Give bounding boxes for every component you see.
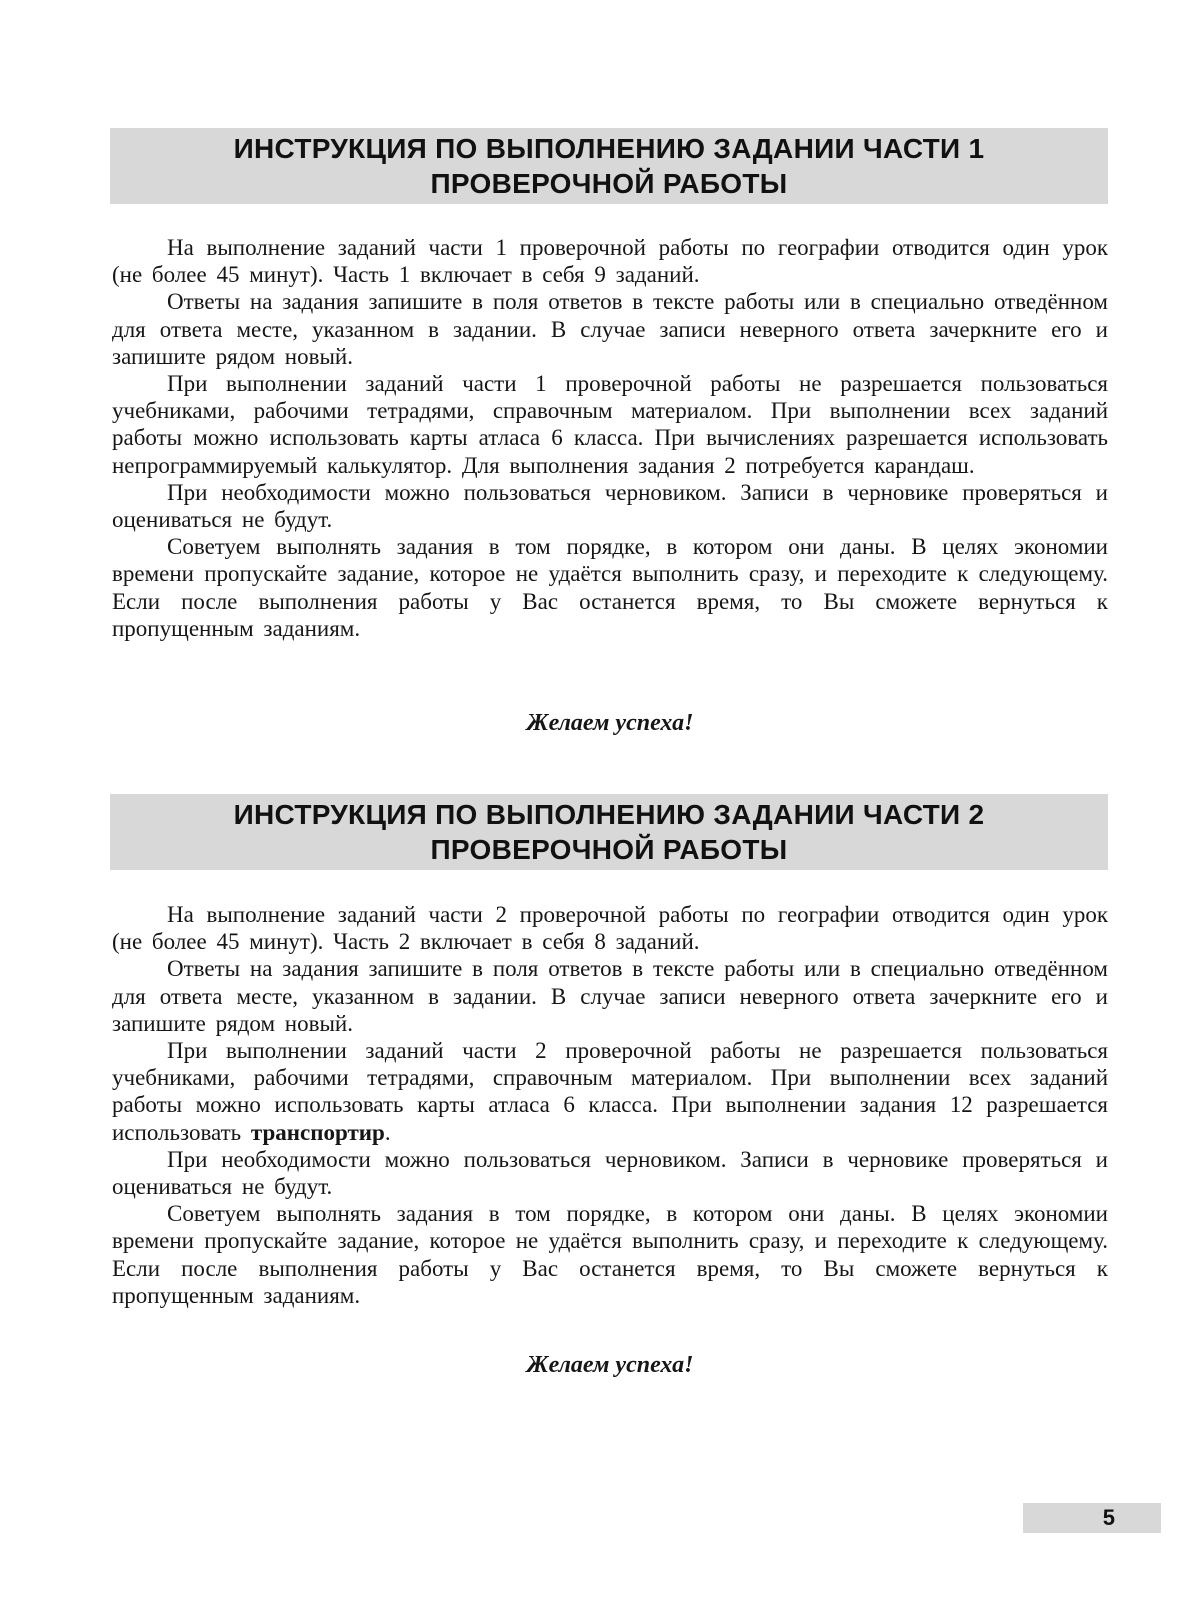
success-wish: Желаем успеха! [112, 710, 1108, 737]
paragraph: Советуем выполнять задания в том порядке… [112, 1200, 1108, 1309]
part1-body: На выполнение заданий части 1 проверочно… [112, 234, 1108, 642]
page-number-box: 5 [1023, 1503, 1161, 1533]
part1-title: ИНСТРУКЦИЯ ПО ВЫПОЛНЕНИЮ ЗАДАНИИ ЧАСТИ 1… [234, 131, 985, 201]
paragraph: Ответы на задания запишите в поля ответо… [112, 288, 1108, 370]
paragraph: При необходимости можно пользоваться чер… [112, 1146, 1108, 1200]
paragraph: На выполнение заданий части 2 проверочно… [112, 901, 1108, 955]
part2-title-box: ИНСТРУКЦИЯ ПО ВЫПОЛНЕНИЮ ЗАДАНИИ ЧАСТИ 2… [110, 794, 1108, 870]
part2-body: На выполнение заданий части 2 проверочно… [112, 901, 1108, 1309]
bold-term: транспортир [251, 1120, 385, 1145]
paragraph: Ответы на задания запишите в поля ответо… [112, 955, 1108, 1037]
page-number: 5 [1103, 1505, 1115, 1531]
paragraph: Советуем выполнять задания в том порядке… [112, 533, 1108, 642]
paragraph: При выполнении заданий части 1 проверочн… [112, 370, 1108, 479]
document-page: ИНСТРУКЦИЯ ПО ВЫПОЛНЕНИЮ ЗАДАНИИ ЧАСТИ 1… [0, 0, 1200, 1600]
part2-title: ИНСТРУКЦИЯ ПО ВЫПОЛНЕНИЮ ЗАДАНИИ ЧАСТИ 2… [234, 797, 985, 867]
paragraph: При выполнении заданий части 2 проверочн… [112, 1037, 1108, 1146]
paragraph: На выполнение заданий части 1 проверочно… [112, 234, 1108, 288]
part1-title-box: ИНСТРУКЦИЯ ПО ВЫПОЛНЕНИЮ ЗАДАНИИ ЧАСТИ 1… [110, 128, 1108, 204]
success-wish: Желаем успеха! [112, 1352, 1108, 1379]
paragraph: При необходимости можно пользоваться чер… [112, 479, 1108, 533]
paragraph-text: . [385, 1120, 391, 1145]
